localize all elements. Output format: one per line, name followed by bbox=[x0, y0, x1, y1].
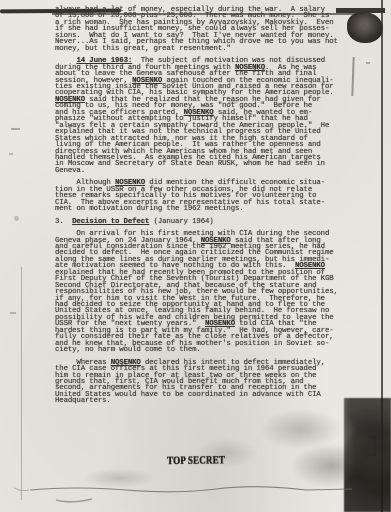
scan-artifact-speck bbox=[9, 153, 13, 155]
scan-artifact-margin-mark bbox=[11, 128, 20, 130]
scan-artifact-bracket-mark bbox=[368, 436, 376, 456]
text-line: ciety, no harm would come to them. bbox=[55, 347, 367, 353]
scan-artifact-speck bbox=[14, 216, 19, 221]
scan-artifact-bottom-right-noise bbox=[344, 398, 391, 512]
text-line: in Moscow and Secretary of State Dean RU… bbox=[55, 161, 367, 167]
paragraph: Although NOSENKO did mention the difficu… bbox=[55, 180, 367, 212]
paragraph: 14 June 1963: The subject of motivation … bbox=[55, 58, 367, 174]
paragraph: Whereas NOSENKO declared his intent to d… bbox=[55, 360, 367, 405]
scan-artifact-smudge bbox=[258, 408, 344, 450]
scan-artifact-smudge bbox=[288, 442, 366, 490]
section-heading: 3. Decision to Defect (January 1964) bbox=[55, 219, 367, 225]
scan-artifact-left-edge-line bbox=[21, 267, 22, 500]
scan-artifact-smudge bbox=[82, 468, 156, 488]
paragraph: always had a lot of money, especially du… bbox=[55, 7, 367, 52]
scan-artifact-right-edge-line bbox=[381, 0, 383, 512]
scan-artifact-speck bbox=[10, 312, 16, 314]
scanned-document-page: always had a lot of money, especially du… bbox=[0, 0, 391, 512]
top-secret-stamp: TOP SECRET bbox=[167, 454, 225, 467]
text-line: 3. Decision to Defect (January 1964) bbox=[55, 219, 367, 225]
text-line: Headquarters. bbox=[55, 398, 367, 404]
document-text: always had a lot of money, especially du… bbox=[55, 7, 367, 411]
text-line: Geneva. bbox=[55, 168, 367, 174]
paragraph: On arrival for his first meeting with CI… bbox=[55, 231, 367, 354]
text-line: money, but this great, great resentment.… bbox=[55, 46, 367, 52]
text-line: ment on motivation during the 1962 meeti… bbox=[55, 206, 367, 212]
scan-artifact-bottom-crease-line bbox=[14, 477, 376, 509]
